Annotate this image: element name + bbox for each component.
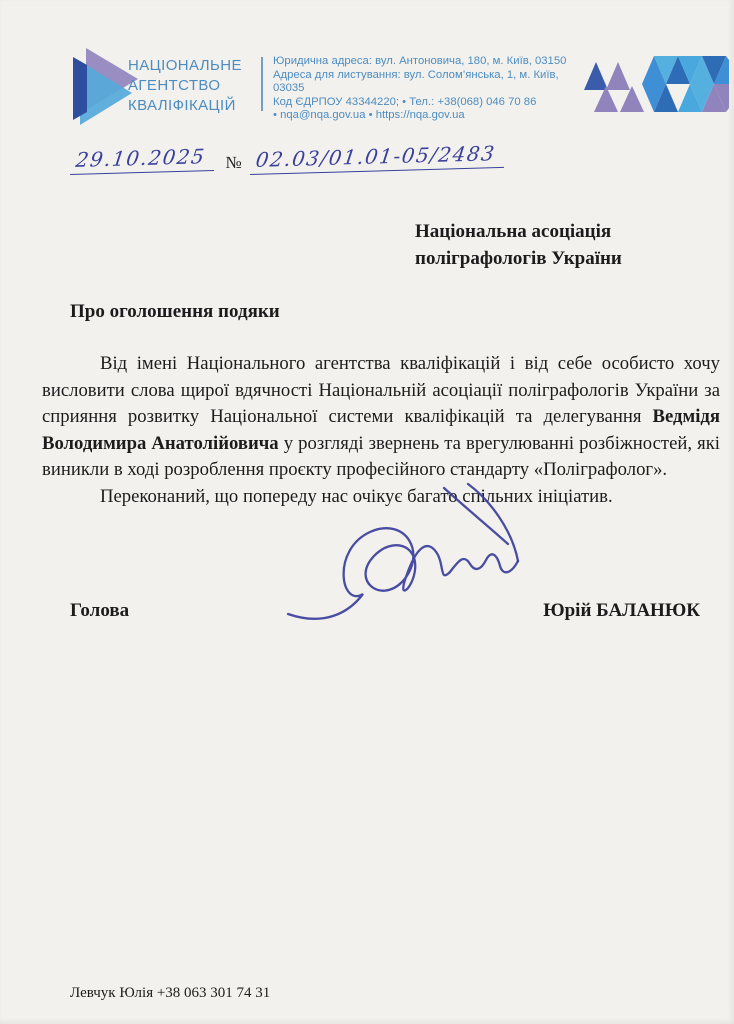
address-line-edrpou-phone: Код ЄДРПОУ 43344220; • Тел.: +38(068) 04…: [273, 96, 573, 110]
addressee-line: Національна асоціація: [415, 218, 622, 245]
letter-page: НАЦІОНАЛЬНЕ АГЕНТСТВО КВАЛІФІКАЦІЙ Юриди…: [0, 0, 734, 1024]
address-line-legal: Юридична адреса: вул. Антоновича, 180, м…: [273, 55, 573, 69]
handwritten-date: 29.10.2025: [70, 144, 217, 175]
address-line-postal: Адреса для листування: вул. Солом’янська…: [273, 69, 573, 96]
addressee-line: поліграфологів України: [415, 245, 622, 272]
agency-address-block: Юридична адреса: вул. Антоновича, 180, м…: [273, 55, 573, 123]
subject-line: Про оголошення подяки: [70, 301, 280, 323]
signer-position-title: Голова: [70, 600, 129, 622]
triangle-mosaic-decoration-icon: [584, 56, 729, 112]
handwritten-signature: [248, 482, 548, 632]
agency-name: НАЦІОНАЛЬНЕ АГЕНТСТВО КВАЛІФІКАЦІЙ: [128, 56, 258, 116]
agency-name-line: НАЦІОНАЛЬНЕ: [128, 56, 258, 76]
reference-line: 29.10.2025 № 02.03/01.01-05/2483: [70, 148, 503, 175]
body-text-before-name: Від імені Національного агентства кваліф…: [42, 353, 720, 427]
number-sign: №: [226, 153, 242, 173]
agency-name-line: АГЕНТСТВО: [128, 76, 258, 96]
executor-contact: Левчук Юлія +38 063 301 74 31: [70, 985, 270, 1002]
body-paragraph-1: Від імені Національного агентства кваліф…: [42, 351, 720, 484]
address-line-email-site: • nqa@nqa.gov.ua • https://nqa.gov.ua: [273, 109, 573, 123]
signer-name: Юрій БАЛАНЮК: [543, 600, 700, 622]
agency-name-line: КВАЛІФІКАЦІЙ: [128, 96, 258, 116]
handwritten-reference-number: 02.03/01.01-05/2483: [250, 141, 507, 175]
header-divider: [261, 57, 263, 111]
addressee-block: Національна асоціація поліграфологів Укр…: [415, 218, 622, 272]
